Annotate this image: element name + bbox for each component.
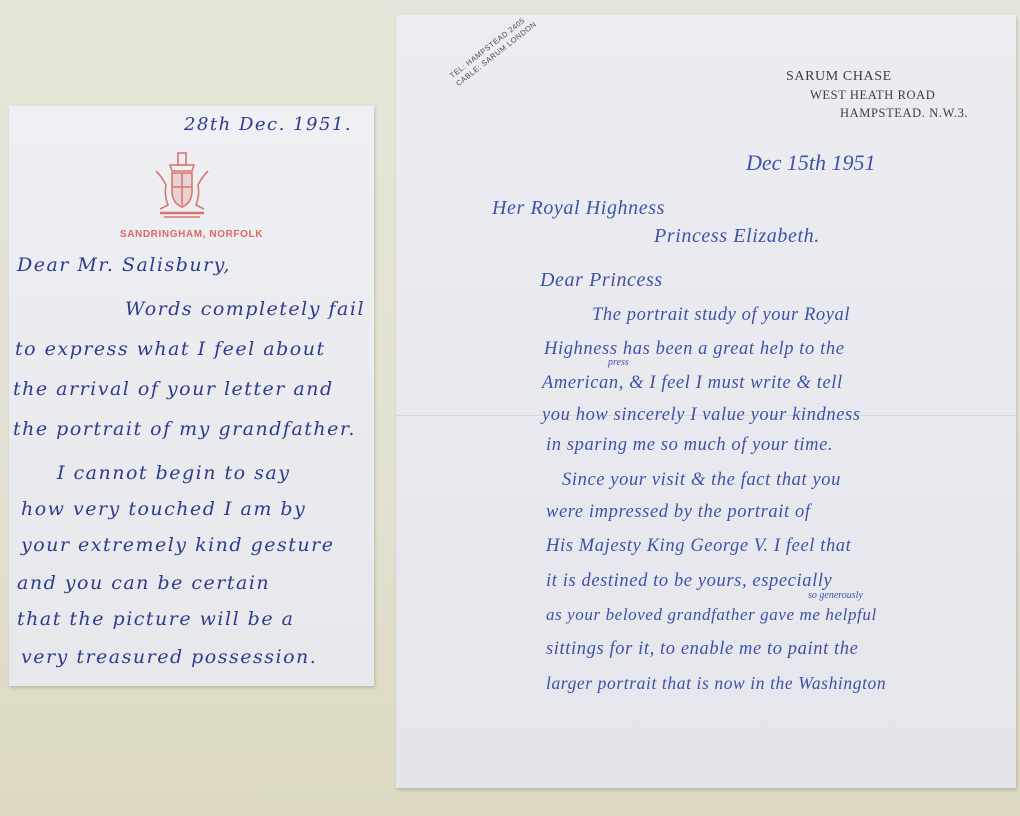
body-line: that the picture will be a: [17, 608, 294, 630]
body-line: sittings for it, to enable me to paint t…: [546, 639, 858, 660]
addressee-title: Her Royal Highness: [492, 197, 665, 220]
body-line: Since your visit & the fact that you: [562, 470, 841, 491]
letterhead-contact: TEL: HAMPSTEAD 2405 CABLE: SARUM LONDON: [448, 12, 539, 89]
letterhead-district: HAMPSTEAD. N.W.3.: [840, 106, 968, 121]
letter-date: 28th Dec. 1951.: [184, 114, 352, 135]
body-line: and you can be certain: [17, 572, 270, 594]
body-line: the arrival of your letter and: [13, 378, 334, 400]
body-line: The portrait study of your Royal: [592, 305, 850, 326]
body-line: very treasured possession.: [21, 646, 317, 668]
body-line: your extremely kind gesture: [21, 534, 334, 556]
body-line: the portrait of my grandfather.: [13, 418, 356, 440]
salutation: Dear Princess: [540, 269, 663, 292]
right-letter-sarum-chase: TEL: HAMPSTEAD 2405 CABLE: SARUM LONDON …: [396, 15, 1016, 788]
letterhead-name: SARUM CHASE: [786, 69, 892, 85]
body-line: Words completely fail: [125, 298, 365, 320]
body-line: as your beloved grandfather gave me help…: [546, 605, 877, 625]
left-letter-sandringham: 28th Dec. 1951. SANDRINGHAM, NORFOLK Dea…: [9, 106, 374, 686]
telephone: TEL: HAMPSTEAD 2405: [448, 12, 533, 81]
insert-note: so generously: [808, 590, 863, 601]
letter-date: Dec 15th 1951: [746, 150, 876, 176]
body-line: to express what I feel about: [15, 338, 326, 360]
royal-coat-of-arms-icon: [152, 151, 212, 221]
body-line: were impressed by the portrait of: [546, 502, 811, 523]
body-line: American, & I feel I must write & tell: [542, 373, 843, 394]
letterhead-street: WEST HEATH ROAD: [810, 88, 935, 103]
salutation: Dear Mr. Salisbury,: [17, 254, 231, 276]
body-line: in sparing me so much of your time.: [546, 435, 833, 456]
addressee-name: Princess Elizabeth.: [654, 225, 820, 248]
body-line: His Majesty King George V. I feel that: [546, 536, 851, 557]
body-line: it is destined to be yours, especially: [546, 571, 832, 592]
body-line: you how sincerely I value your kindness: [542, 405, 861, 426]
body-line: larger portrait that is now in the Washi…: [546, 673, 886, 694]
body-line: I cannot begin to say: [57, 462, 290, 484]
body-line: Highness has been a great help to the: [544, 339, 845, 360]
insert-note: press: [608, 357, 629, 368]
cable-address: CABLE: SARUM LONDON: [454, 20, 539, 89]
body-line: how very touched I am by: [21, 498, 306, 520]
letterhead-address: SANDRINGHAM, NORFOLK: [9, 229, 374, 240]
